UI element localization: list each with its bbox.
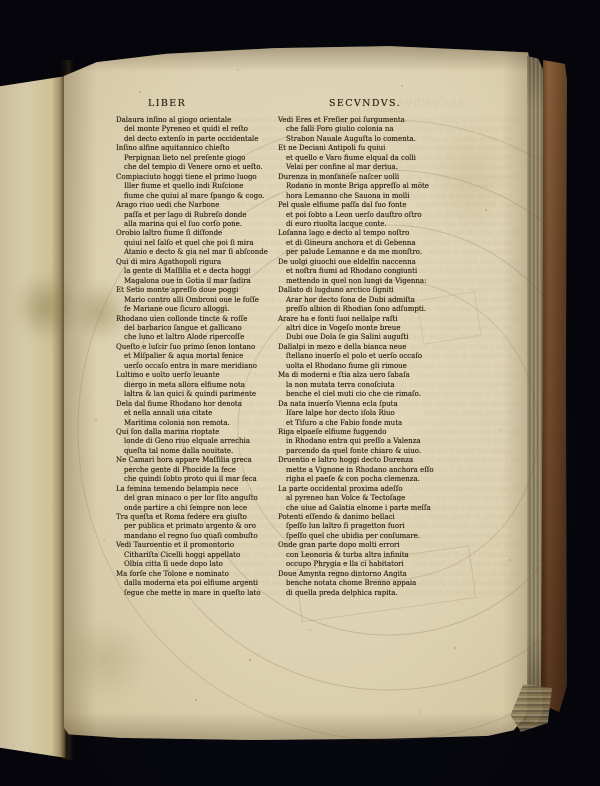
text-line: fe Mariane oue ſicuro alloggi. [116, 305, 276, 314]
text-line: del monte Pyreneo et quidi el reſto [116, 125, 276, 134]
text-line: del decto extenſo in parte occidentale [116, 135, 276, 144]
text-line: per palude Lemanne e da me monſtro. [278, 248, 478, 257]
text-line: ſpeſſo quel che ubidia per conſumare. [278, 532, 478, 541]
text-line: Druentio e laltro hoggi decto Durenza [278, 456, 478, 465]
text-line: righa el paeſe & con pocha clemenza. [278, 475, 478, 484]
text-line: queſta tal nome dalla nouitate. [116, 447, 276, 456]
text-line: la gente di Maſſilia et e decta hoggi [116, 267, 276, 276]
text-line: et poi ſobto a Leon uerſo dauſtro oſtro [278, 211, 478, 220]
text-line: perche gente di Phocide la fece [116, 466, 276, 475]
text-line: Cithariſta Cicelli hoggi appellato [116, 551, 276, 560]
text-line: Durenza in monſaneſe naſcer uolli [278, 173, 478, 182]
text-line: al pyreneo han Volce & Tectoſage [278, 494, 478, 503]
text-line: dalla moderna eta poi elfiume argenti [116, 579, 276, 588]
text-line: Perpignan lieto nel preſente giogo [116, 154, 276, 163]
text-line: La femina temendo belampia nece [116, 485, 276, 494]
text-line: che quindi ſobto proto qui il mar ſeca [116, 475, 276, 484]
text-line: del barbarico ſangue et gallicano [116, 324, 276, 333]
text-line: Strabon Nauale Auguſta lo comenta. [278, 135, 478, 144]
text-line: benche el ciel muti cio che cie rimaſo. [278, 390, 478, 399]
text-line: uolta el Rhodano fiume gli rimoue [278, 362, 478, 371]
text-line: Dallalpi in mezo e della bianca neue [278, 343, 478, 352]
text-line: parcendo da quel fonte chiaro & uiuo. [278, 447, 478, 456]
text-line: Qui di mira Agathopoli rigura [116, 258, 276, 267]
text-line: Mario contro alli Ombroni oue le foſſe [116, 296, 276, 305]
text-line: Rodano in monte Briga appreſſo al mōte [278, 182, 478, 191]
text-line: ſpeſſo lun laltro ſi pragetton fuori [278, 522, 478, 531]
text-line: Inſino alfine aquitannico chieſto [116, 144, 276, 153]
text-line: mette a Vignone in Rhodano anchora eſſo [278, 466, 478, 475]
text-line: che luno et laltro Alode ripercoſſe [116, 333, 276, 342]
text-line: fiume che quiui al mare ſpango & cogo. [116, 192, 276, 201]
text-line: Queſto e luſcir ſuo primo ſenon lontano [116, 343, 276, 352]
text-line: Da nata inuerſo Vienna ecla ſputa [278, 400, 478, 409]
text-line: mettendo in quel non lungi da Vigenna: [278, 277, 478, 286]
text-line: Dela dal fiume Rhodano hor denota [116, 400, 276, 409]
text-line: Ne Camari hora appare Maſſilia greca [116, 456, 276, 465]
text-line: Loſanna lago e decto al tempo noſtro [278, 229, 478, 238]
text-line: mandano el regno ſuo quaſi combuſto [116, 532, 276, 541]
text-line: onde partire a chi ſempre non lece [116, 504, 276, 513]
scanned-book-photo: SECVNDVS. Dalaura inſino al giogo orient… [0, 0, 600, 786]
text-line: et quello e Varo fiume elqual da colli [278, 154, 478, 163]
text-line: del gran minaco o per lor ſito anguſto [116, 494, 276, 503]
text-line: Magalona oue in Gotia il mar ſadira [116, 277, 276, 286]
text-line: quiui nel ſalſo et quel che poi ſi mira [116, 239, 276, 248]
text-line: uerſo occaſo entra in mare meridiano [116, 362, 276, 371]
text-line: occupo Phrygia e lla ci habitatori [278, 560, 478, 569]
text-line: Vedi Tauroentio et il promontorio [116, 541, 276, 550]
text-line: che falli Foro giulio colonia na [278, 125, 478, 134]
text-column-right: Vedi Eres et Freſier poi ſurgumentache f… [278, 116, 478, 598]
text-line: altri dice in Vogeſo monte breue [278, 324, 478, 333]
text-line: benche notata chome Brenno appaia [278, 579, 478, 588]
text-line: De uolgi giuochi oue eldelfin naccenna [278, 258, 478, 267]
text-line: per publica et primato argento & oro [116, 522, 276, 531]
text-line: ſtellano inuerſo el polo et uerſo occaſo [278, 352, 478, 361]
text-line: londe di Geno riuo elquale arrechia [116, 437, 276, 446]
text-line: Maritima colonia non remota. [116, 419, 276, 428]
text-line: Ma di moderni e ſtia alza uero ſabaſa [278, 371, 478, 380]
text-line: et Tiſuro a che Fabio fonde muta [278, 419, 478, 428]
text-line: Orobio laltro fiume ſi diſfonde [116, 229, 276, 238]
text-line: Onde gran parte dopo molti errori [278, 541, 478, 550]
text-line: la non mutata terra conoſciuta [278, 381, 478, 390]
text-line: et noſtra fiumi ad Rhodano congiunti [278, 267, 478, 276]
text-line: et di Gineura anchora et di Gebenna [278, 239, 478, 248]
facing-page-sliver [0, 76, 66, 758]
board-edge [541, 60, 567, 712]
text-line: Iller fiume et quello indi Ruſcione [116, 182, 276, 191]
text-line: Arago riuo uedi che Narbone [116, 201, 276, 210]
text-line: di quella preda delphica rapita. [278, 589, 478, 598]
text-line: che del tempio di Venere orno et ueſto. [116, 163, 276, 172]
text-line: Et Setio monte apreſſo doue poggi [116, 286, 276, 295]
text-line: et nella annali una citate [116, 409, 276, 418]
text-line: Arar hor decto ſona de Dubi admiſta [278, 296, 478, 305]
text-line: Lultimo e uolto uerſo leuante [116, 371, 276, 380]
text-line: Iſare lalpe hor decto iſola Riuo [278, 409, 478, 418]
text-line: hora Lemanno che Sauona in molli [278, 192, 478, 201]
fore-edge-leaf-stack [527, 56, 543, 724]
text-line: et Miſpalier & aqua mortal fenice [116, 352, 276, 361]
text-line: Atanio e decto & gia nel mar ſi abſconde [116, 248, 276, 257]
text-line: Qui ſon dalla marina rioptate [116, 428, 276, 437]
text-line: laltra & lan quici & quindi parimente [116, 390, 276, 399]
text-line: Olbia citta ſi uede dopo lato [116, 560, 276, 569]
text-line: in Rhodano entra qui preſſo a Valenza [278, 437, 478, 446]
text-line: con Leonoria & turba altra infinita [278, 551, 478, 560]
text-line: Riga elpaeſe elfiume fuggendo [278, 428, 478, 437]
text-line: ſegue che mette in mare in queſto lato [116, 589, 276, 598]
running-title-secundus: SECVNDVS. [329, 98, 401, 109]
text-line: Et ne Deciani Antipoli fu quiui [278, 144, 478, 153]
text-line: Dubi oue Dola ſe gia Salini auguſti [278, 333, 478, 342]
text-column-left: Dalaura inſino al giogo orientaledel mon… [116, 116, 276, 598]
text-line: Ma forſe che Tolone e nominato [116, 570, 276, 579]
text-line: Compiaciuto hoggi tiene el primo luogo [116, 173, 276, 182]
text-line: La parte occidental proxima adeſſo [278, 485, 478, 494]
text-line: Velai per confine al mar deriua. [278, 163, 478, 172]
text-line: che uiue ad Galatia elnome i parte meſſa [278, 504, 478, 513]
text-line: Arare ha e fonti ſuoi nellalpe raſti [278, 315, 478, 324]
running-title-liber: LIBER [148, 98, 186, 109]
text-line: Pel quale elfiume paſſa dal ſuo fonte [278, 201, 478, 210]
text-line: Rhodano uien collonde tincte & roſſe [116, 315, 276, 324]
text-line: diergo in meta allora elfiume nota [116, 381, 276, 390]
text-line: Doue Amynta regno dintorno Angita [278, 570, 478, 579]
text-line: preſſo albion di Rhodian ſono adſumpti. [278, 305, 478, 314]
text-line: Dallato di lugduno arctico ſigniti [278, 286, 478, 295]
text-line: paſſa et per lago di Rubreſo donde [116, 211, 276, 220]
